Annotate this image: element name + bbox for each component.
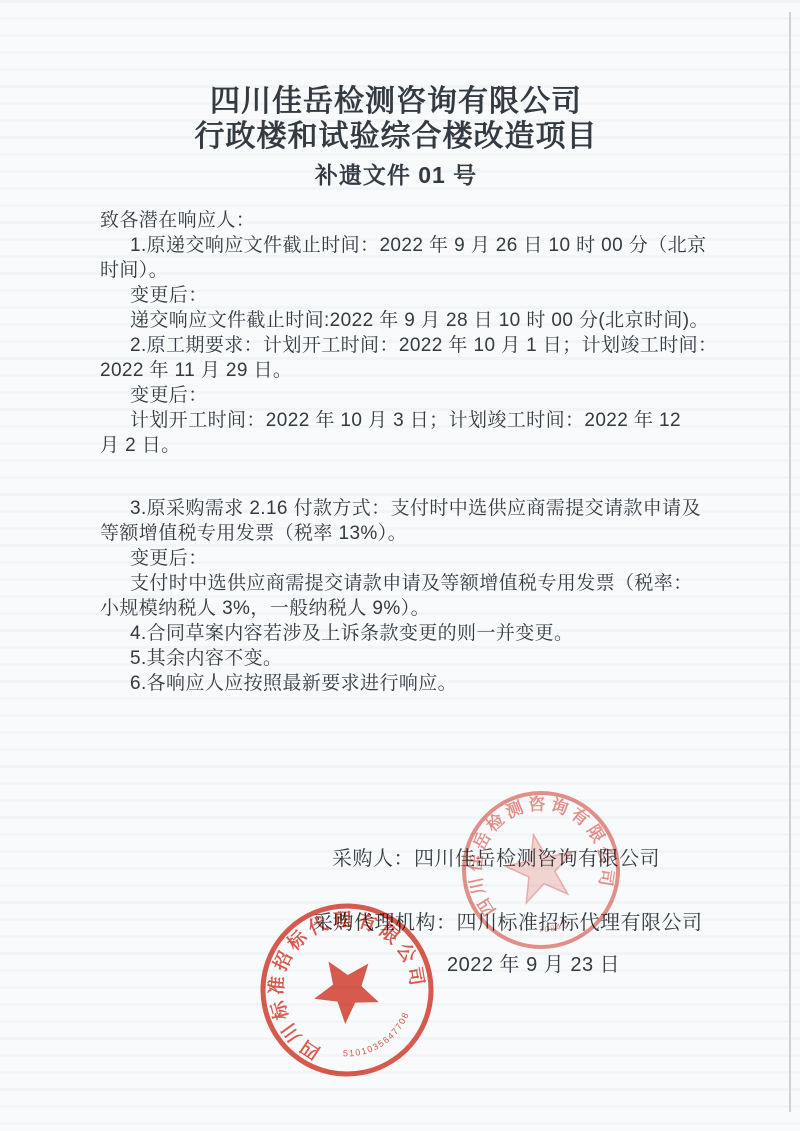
body-line: 等额增值税专用发票（税率 13%）。 bbox=[100, 521, 712, 546]
body-line: 变更后： bbox=[100, 546, 712, 571]
body-line-salutation: 致各潜在响应人： bbox=[100, 208, 712, 233]
title-company-line: 四川佳岳检测咨询有限公司 bbox=[0, 84, 792, 119]
body-line: 3.原采购需求 2.16 付款方式：支付时中选供应商需提交请款申请及 bbox=[100, 496, 712, 521]
body-line: 支付时中选供应商需提交请款申请及等额增值税专用发票（税率： bbox=[100, 571, 712, 596]
svg-text:5101035647708: 5101035647708 bbox=[338, 1007, 418, 1070]
signature-date: 2022 年 9 月 23 日 bbox=[447, 953, 620, 977]
body-line: 4.合同草案内容若涉及上诉条款变更的则一并变更。 bbox=[100, 621, 712, 646]
blank-line bbox=[100, 458, 712, 496]
body-line: 月 2 日。 bbox=[100, 433, 712, 458]
document-page: 四川佳岳检测咨询有限公司 行政楼和试验综合楼改造项目 补遗文件 01 号 致各潜… bbox=[0, 0, 800, 1131]
document-title: 四川佳岳检测咨询有限公司 行政楼和试验综合楼改造项目 补遗文件 01 号 bbox=[0, 84, 792, 189]
seal-number-text: 5101035647708 bbox=[338, 1007, 418, 1070]
body-line: 变更后： bbox=[100, 283, 712, 308]
star-icon bbox=[301, 944, 389, 1031]
body-line: 递交响应文件截止时间:2022 年 9 月 28 日 10 时 00 分(北京时… bbox=[100, 308, 712, 333]
document-body: 致各潜在响应人： 1.原递交响应文件截止时间：2022 年 9 月 26 日 1… bbox=[100, 208, 712, 696]
title-project-line: 行政楼和试验综合楼改造项目 bbox=[0, 119, 792, 154]
body-line: 2022 年 11 月 29 日。 bbox=[100, 358, 712, 383]
agency-signature-line: 采购代理机构：四川标准招标代理有限公司 bbox=[313, 911, 703, 935]
body-line: 计划开工时间：2022 年 10 月 3 日；计划竣工时间：2022 年 12 bbox=[100, 408, 712, 433]
body-line: 2.原工期要求：计划开工时间：2022 年 10 月 1 日；计划竣工时间： bbox=[100, 333, 712, 358]
body-line: 小规模纳税人 3%，一般纳税人 9%）。 bbox=[100, 596, 712, 621]
body-line: 变更后： bbox=[100, 383, 712, 408]
body-line: 6.各响应人应按照最新要求进行响应。 bbox=[100, 671, 712, 696]
body-line: 时间）。 bbox=[100, 258, 712, 283]
buyer-signature-line: 采购人：四川佳岳检测咨询有限公司 bbox=[332, 847, 660, 871]
body-line: 5.其余内容不变。 bbox=[100, 646, 712, 671]
body-line: 1.原递交响应文件截止时间：2022 年 9 月 26 日 10 时 00 分（… bbox=[100, 233, 712, 258]
title-doc-number: 补遗文件 01 号 bbox=[0, 161, 792, 189]
